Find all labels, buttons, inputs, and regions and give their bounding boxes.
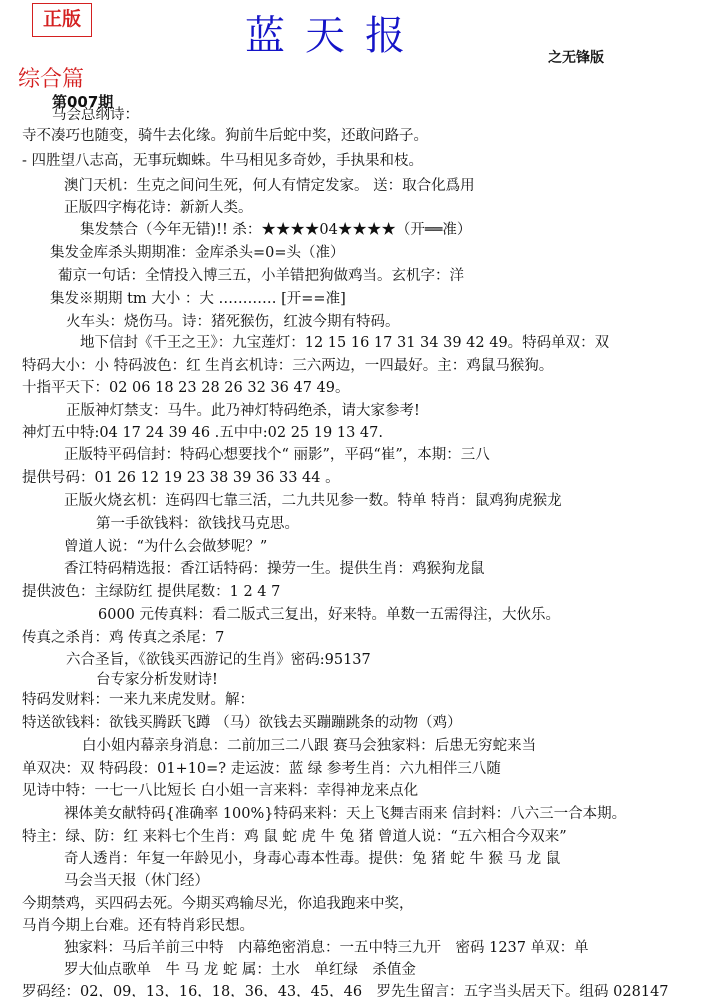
edition-label: 之无锋版 xyxy=(548,47,604,67)
text-line: 单双决：双 特码段：01+10=? 走运波：蓝 绿 参考生肖：六九相伴三八随 xyxy=(22,759,501,779)
text-line: - 四胜望八志高，无事玩蜘蛛。牛马相见多奇妙，手执果和枝。 xyxy=(22,151,423,171)
text-line: 传真之杀肖：鸡 传真之杀尾：7 xyxy=(22,628,224,648)
text-line: 特主：绿、防：红 来料七个生肖：鸡 鼠 蛇 虎 牛 兔 猪 曾道人说：“五六相合… xyxy=(22,827,567,847)
text-line: 正版四字梅花诗：新新人类。 xyxy=(64,198,253,218)
text-line: 独家料：马后羊前三中特 内幕绝密消息：一五中特三九开 密码 1237 单双：单 xyxy=(64,938,589,958)
text-line: 寺不凑巧也随变，骑牛去化缘。狗前牛后蛇中奖，还敢问路子。 xyxy=(22,126,428,146)
text-line: 第一手欲钱料：欲钱找马克思。 xyxy=(96,514,299,534)
text-line: 特码发财料：一来九来虎发财。解： xyxy=(22,690,254,710)
text-line: 葡京一句话：全情投入博三五，小羊错把狗做鸡当。玄机字：洋 xyxy=(58,266,464,286)
text-line: 提供波色：主绿防红 提供尾数：1 2 4 7 xyxy=(22,582,280,602)
text-line: 白小姐内幕亲身消息：二前加三二八跟 赛马会独家料：后患无穷蛇来当 xyxy=(82,736,536,756)
text-line: 地下信封《千王之王》：九宝莲灯：12 15 16 17 31 34 39 42 … xyxy=(80,333,609,353)
text-line: 集发※期期 tm 大小 ：大 ………… [开==准] xyxy=(50,289,346,309)
text-line: 特送欲钱料：欲钱买腾跃飞蹲 （马）欲钱去买蹦蹦跳条的动物（鸡） xyxy=(22,713,462,733)
text-line: 马肖今期上台难。还有特肖彩民想。 xyxy=(22,916,254,936)
text-line: 香江特码精选报：香江话特码：操劳一生。提供生肖：鸡猴狗龙鼠 xyxy=(64,559,485,579)
text-line: 火车头：烧伤马。诗：猪死猴伤，红波今期有特码。 xyxy=(66,312,400,332)
text-line: 马会总纲诗： xyxy=(52,105,139,125)
text-line: 曾道人说：“为什么会做梦呢？” xyxy=(64,537,267,557)
text-line: 六合圣旨，《欲钱买西游记的生肖》密码:95137 xyxy=(66,650,371,670)
text-line: 今期禁鸡，买四码去死。今期买鸡输尽光，你追我跑来中奖， xyxy=(22,894,414,914)
text-line: 马会当天报（休门经） xyxy=(64,871,209,891)
text-line: 正版火烧玄机：连码四七靠三活，二九共见参一数。特单 特肖：鼠鸡狗虎猴龙 xyxy=(64,491,562,511)
text-line: 奇人透肖：年复一年龄见小，身毒心毒本性毒。提供：兔 猪 蛇 牛 猴 马 龙 鼠 xyxy=(64,849,560,869)
text-line: 台专家分析发财诗! xyxy=(96,670,218,690)
text-line: 十指平天下：02 06 18 23 28 26 32 36 47 49。 xyxy=(22,378,350,398)
text-line: 裸体美女献特码{准确率 100%}特码来料：天上飞舞吉雨来 信封料：八六三一合本… xyxy=(64,804,626,824)
section-title: 综合篇 xyxy=(18,62,84,93)
text-line: 特码大小：小 特码波色：红 生肖玄机诗：三六两边，一四最好。主：鸡鼠马猴狗。 xyxy=(22,356,553,376)
text-line: 集发金库杀头期期准：金库杀头=0=头（准） xyxy=(50,243,345,263)
text-line: 集发禁合（今年无错)!! 杀：★★★★04★★★★（开══准） xyxy=(80,220,471,240)
text-line: 澳门天机：生克之间问生死，何人有情定发家。 送：取合化爲用 xyxy=(64,176,475,196)
text-line: 见诗中特：一七一八比短长 白小姐一言来料：幸得神龙来点化 xyxy=(22,781,418,801)
text-line: 正版特平码信封：特码心想要找个“ 丽影”，平码“崔”，本期：三八 xyxy=(64,445,490,465)
text-line: 神灯五中特:04 17 24 39 46 .五中中:02 25 19 13 47… xyxy=(22,423,383,443)
text-line: 罗码经：02，09，13，16，18，36，43，45，46 罗先生留言：五字当… xyxy=(22,982,669,997)
newspaper-title: 蓝天报 xyxy=(245,4,425,61)
text-line: 罗大仙点歌单 牛 马 龙 蛇 属：土水 单红绿 杀值金 xyxy=(64,960,416,980)
text-line: 6000 元传真料：看二版式三复出，好来特。单数一五需得注，大伙乐。 xyxy=(98,605,560,625)
text-line: 正版神灯禁支：马牛。此乃神灯特码绝杀，请大家参考! xyxy=(66,401,420,421)
text-line: 提供号码：01 26 12 19 23 38 39 36 33 44 。 xyxy=(22,468,340,488)
authentic-badge: 正版 xyxy=(32,3,92,37)
